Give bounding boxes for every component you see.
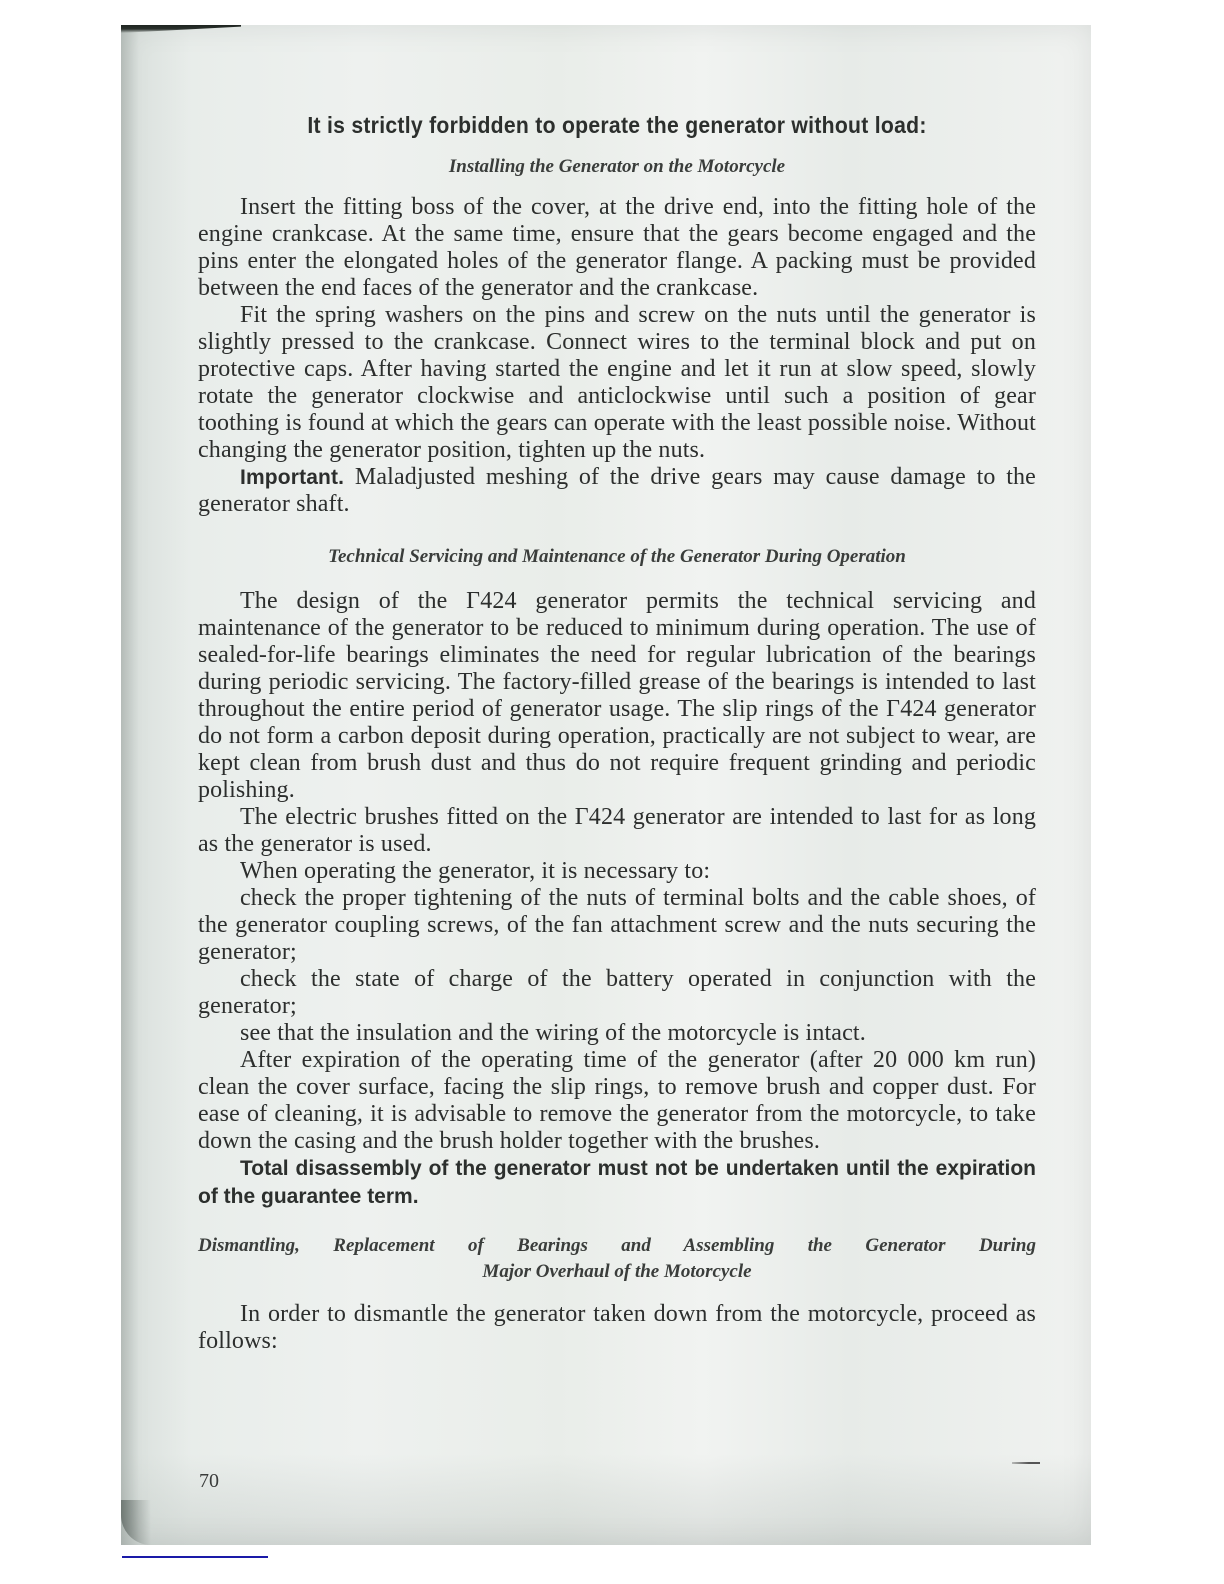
important-note: Important. Maladjusted meshing of the dr…	[198, 464, 1036, 518]
list-item: check the state of charge of the battery…	[198, 966, 1036, 1020]
section-title: Dismantling, Replacement of Bearings and…	[198, 1233, 1036, 1285]
important-label: Important.	[240, 466, 344, 489]
paragraph: When operating the generator, it is nece…	[198, 858, 1036, 885]
stray-mark	[1012, 1462, 1040, 1464]
paragraph: The electric brushes fitted on the Γ424 …	[198, 804, 1036, 858]
blue-rule-line	[122, 1556, 268, 1558]
page-number: 70	[199, 1470, 219, 1493]
section-title-line2: Major Overhaul of the Motorcycle	[198, 1259, 1036, 1285]
section-servicing: Technical Servicing and Maintenance of t…	[198, 544, 1036, 1211]
page-content: It is strictly forbidden to operate the …	[198, 110, 1036, 1355]
section-dismantling: Dismantling, Replacement of Bearings and…	[198, 1233, 1036, 1355]
list-item: see that the insulation and the wiring o…	[198, 1020, 1036, 1047]
section-installing: Installing the Generator on the Motorcyc…	[198, 154, 1036, 518]
paragraph: The design of the Γ424 generator permits…	[198, 588, 1036, 804]
paragraph: In order to dismantle the generator take…	[198, 1301, 1036, 1355]
paragraph: Fit the spring washers on the pins and s…	[198, 302, 1036, 464]
paragraph: Insert the fitting boss of the cover, at…	[198, 194, 1036, 302]
section-title: Technical Servicing and Maintenance of t…	[198, 544, 1036, 570]
paragraph: After expiration of the operating time o…	[198, 1047, 1036, 1155]
warning-heading: It is strictly forbidden to operate the …	[232, 110, 1003, 140]
bold-warning: Total disassembly of the generator must …	[198, 1155, 1036, 1211]
section-title-line1: Dismantling, Replacement of Bearings and…	[198, 1233, 1036, 1259]
list-item: check the proper tightening of the nuts …	[198, 885, 1036, 966]
section-title: Installing the Generator on the Motorcyc…	[198, 154, 1036, 180]
